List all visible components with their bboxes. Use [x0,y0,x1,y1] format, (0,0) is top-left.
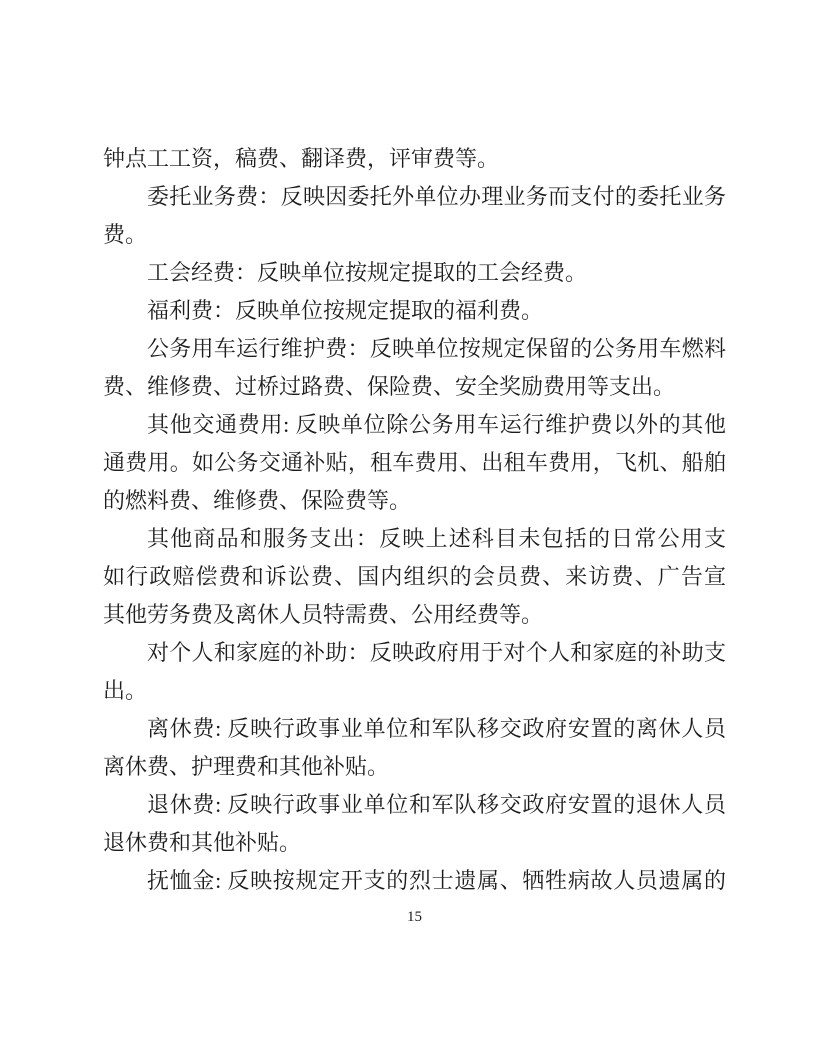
text-line: 公务用车运行维护费：反映单位按规定保留的公务用车燃料 [103,330,726,368]
text-line: 的燃料费、维修费、保险费等。 [103,482,726,520]
text-line: 费、维修费、过桥过路费、保险费、安全奖励费用等支出。 [103,368,726,406]
document-page: 钟点工工资，稿费、翻译费，评审费等。委托业务费：反映因委托外单位办理业务而支付的… [0,0,815,1055]
text-line: 抚恤金: 反映按规定开支的烈士遗属、牺牲病故人员遗属的一 [103,862,726,900]
text-line: 离休费、护理费和其他补贴。 [103,748,726,786]
text-line: 其他劳务费及离休人员特需费、公用经费等。 [103,596,726,634]
text-line: 其他商品和服务支出：反映上述科目未包括的日常公用支出。 [103,520,726,558]
text-line: 退休费和其他补贴。 [103,824,726,862]
text-line: 费。 [103,216,726,254]
text-block: 钟点工工资，稿费、翻译费，评审费等。委托业务费：反映因委托外单位办理业务而支付的… [103,140,726,900]
text-line: 钟点工工资，稿费、翻译费，评审费等。 [103,140,726,178]
text-line: 工会经费：反映单位按规定提取的工会经费。 [103,254,726,292]
text-line: 通费用。如公务交通补贴，租车费用、出租车费用，飞机、船舶等 [103,444,726,482]
text-line: 离休费: 反映行政事业单位和军队移交政府安置的离休人员的 [103,710,726,748]
text-line: 福利费：反映单位按规定提取的福利费。 [103,292,726,330]
text-line: 委托业务费：反映因委托外单位办理业务而支付的委托业务 [103,178,726,216]
text-line: 如行政赔偿费和诉讼费、国内组织的会员费、来访费、广告宣传、 [103,558,726,596]
page-number: 15 [103,906,726,928]
text-line: 其他交通费用: 反映单位除公务用车运行维护费以外的其他交 [103,406,726,444]
text-line: 退休费: 反映行政事业单位和军队移交政府安置的退休人员的 [103,786,726,824]
text-line: 出。 [103,672,726,710]
text-line: 对个人和家庭的补助：反映政府用于对个人和家庭的补助支 [103,634,726,672]
